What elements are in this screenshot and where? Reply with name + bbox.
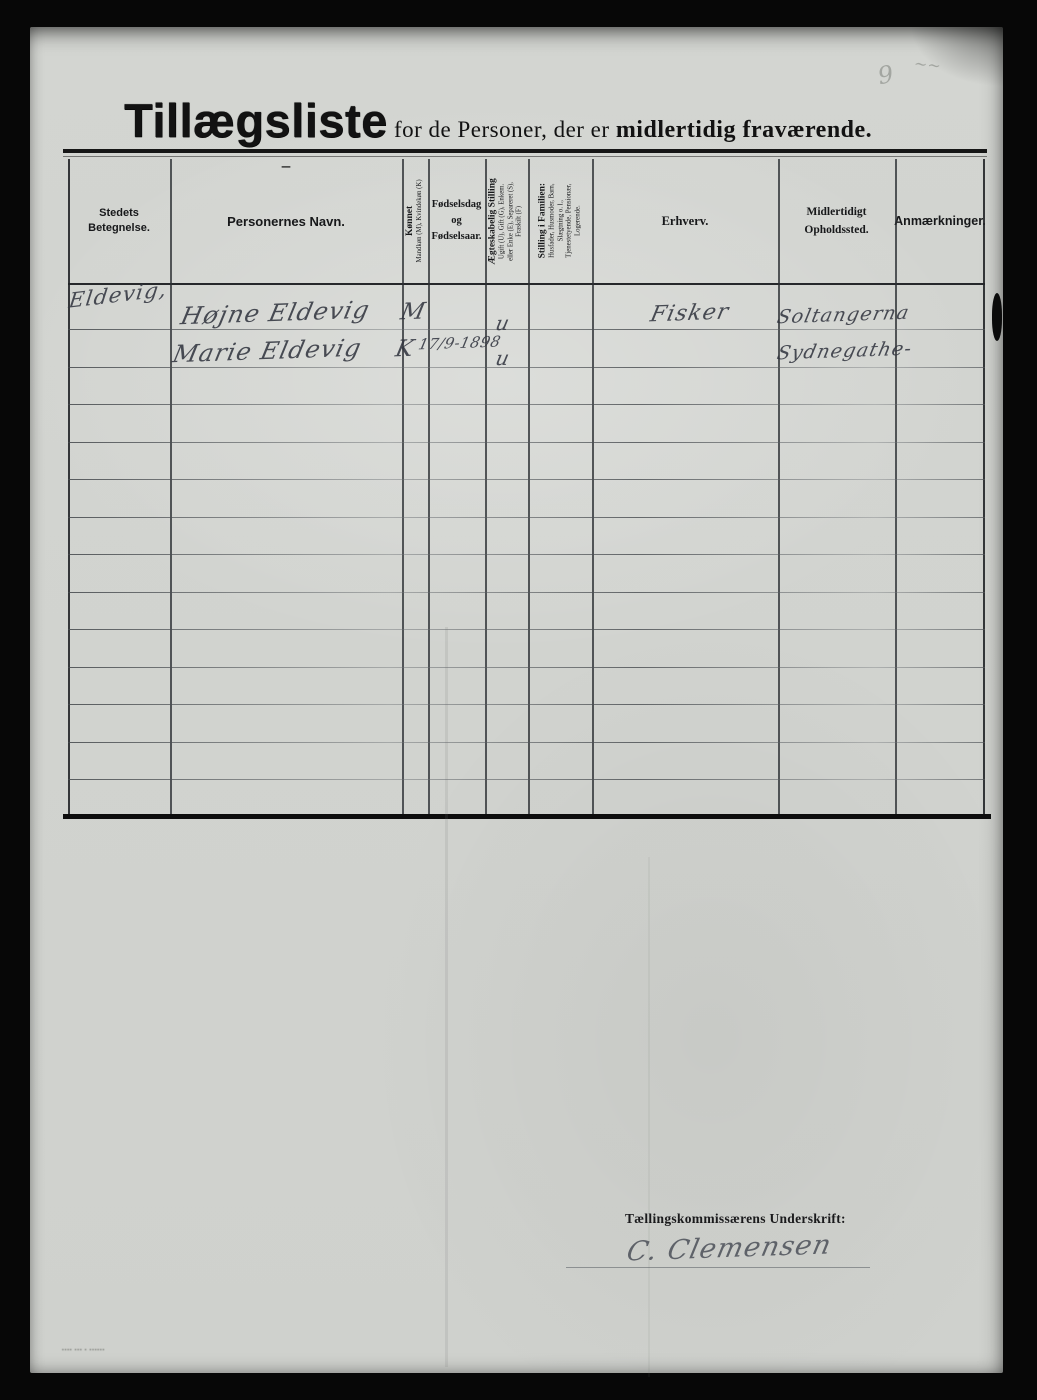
table-row-line [68,442,985,443]
header-subline: Slægtning o. l., [557,161,565,281]
form-title-main: Tillægsliste [124,94,388,147]
table-column-line [170,159,172,814]
col-header-midlertidigt-opholdssted: Midlertidigt Opholdssted. [778,159,895,283]
header-subline: Tjenestetyende, Pensionær, [566,161,574,281]
header-separator-line [68,283,985,285]
signature-line [566,1267,870,1268]
col-header-erhverv: Erhverv. [592,159,778,283]
header-line: Opholdssted. [804,221,868,239]
table-column-line [485,159,487,814]
table-bottom-rule [63,814,991,819]
table-column-line [778,159,780,814]
header-line: Stedets [99,206,139,221]
table-row-line [68,704,985,705]
table-row-line [68,517,985,518]
table-row-line [68,742,985,743]
header-subline: Husfader, Husmoder, Barn, [549,161,557,281]
header-line: Betegnelse. [88,221,150,236]
table-row-line [68,629,985,630]
census-table: Stedets Betegnelse. – Personernes Navn. … [68,159,985,821]
header-line: Midlertidigt [806,203,866,221]
ink-blot [992,293,1002,341]
header-line: Ægteskabelig Stilling [488,161,499,281]
form-title-bold: midlertidig fraværende. [616,117,872,143]
header-line: Kønnet [405,161,416,281]
table-column-line [68,159,70,814]
header-line: Anmærkninger. [894,214,986,228]
header-subline: Logerende. [574,161,582,281]
form-title: Tillægsliste for de Personer, der er mid… [124,93,872,148]
title-rule-thin [63,156,987,157]
table-column-line [428,159,430,814]
table-row-line [68,779,985,780]
signature-label: Tællingskommissærens Underskrift: [625,1211,846,1227]
table-column-line [402,159,404,814]
table-column-line [895,159,897,814]
table-row-line [68,667,985,668]
header-line: Personernes Navn. [227,214,345,229]
table-column-line [528,159,530,814]
entry-row2-birth: 17/9-1898 [417,333,503,354]
signature-handwritten: C. Clemensen [624,1229,835,1267]
printer-mark: ▪▪▪▪ ▪▪▪ ▪ ▪▪▪▪▪▪ [62,1347,105,1352]
page-corner-shadow [910,27,1003,87]
col-header-stedets-betegnelse: Stedets Betegnelse. [68,159,170,283]
title-rule-thick [63,149,987,153]
pencil-note: 9 [876,60,896,90]
table-row-line [68,592,985,593]
scan-background: { "document": { "title_main": "Tillægsli… [0,0,1037,1400]
table-row-line [68,479,985,480]
entry-row1-occupation: Fisker [648,300,732,328]
header-line: Erhverv. [662,214,709,229]
col-header-anmaerkninger: Anmærkninger. [895,159,985,283]
paper-crease [445,627,448,1367]
header-subline: Mandkøn (M), Kvindekøn (K) [416,161,424,281]
table-column-line [983,159,985,814]
table-column-line [592,159,594,814]
table-row-line [68,404,985,405]
table-row-line [68,554,985,555]
paper-crease [648,857,650,1377]
form-title-regular: for de Personer, der er [388,117,616,142]
header-line: Stilling i Familien: [537,161,548,281]
census-form-page: 9 ~~ Tillægsliste for de Personer, der e… [30,27,1003,1373]
